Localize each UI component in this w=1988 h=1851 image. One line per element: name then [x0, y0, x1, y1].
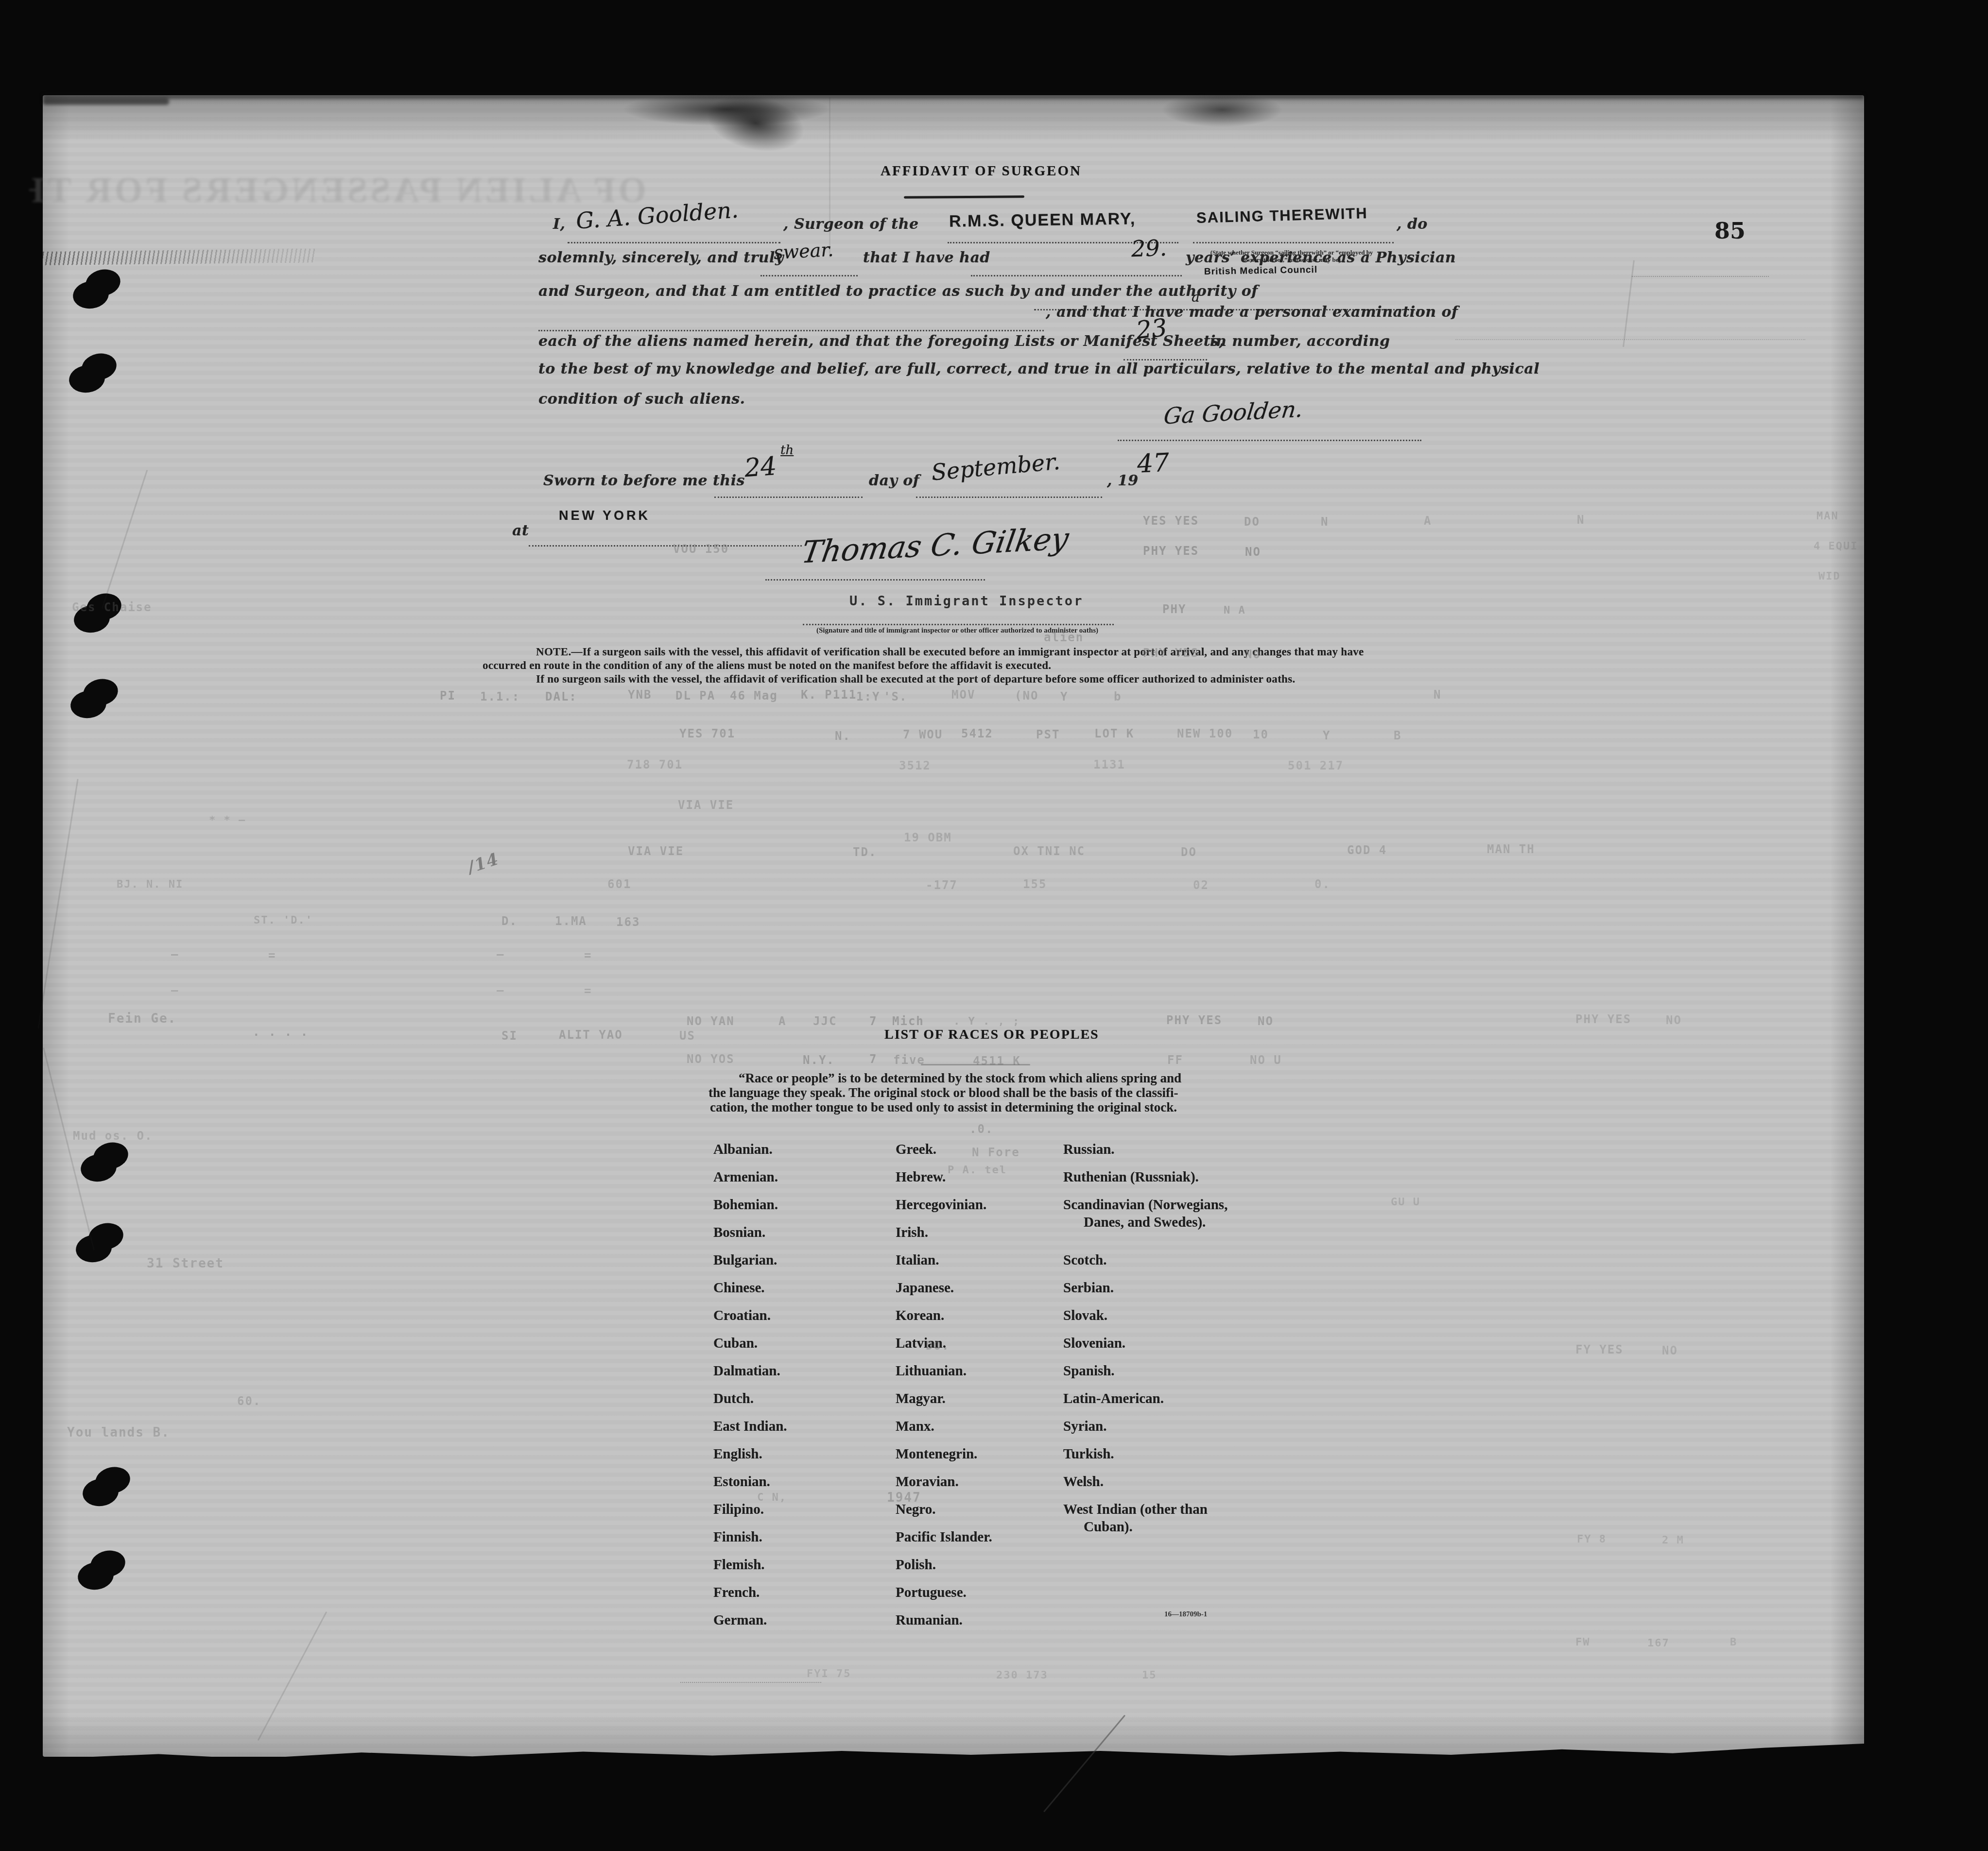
ghost-fragment: 1.MA	[555, 915, 587, 927]
insert-mark-handwritten: a	[1192, 291, 1200, 304]
ghost-fragment: ST. 'D.'	[254, 915, 313, 926]
ghost-fragment: –	[171, 984, 179, 996]
race-item: Montenegrin.	[896, 1445, 977, 1463]
ghost-fragment: VIA VIE	[628, 845, 684, 857]
ghost-fragment: You lands B.	[67, 1426, 170, 1439]
races-intro-line-1: “Race or people” is to be determined by …	[739, 1072, 1181, 1085]
race-item: Greek.	[896, 1141, 936, 1158]
ghost-fragment: 4 EQUI	[1814, 541, 1858, 552]
ghost-fragment: 230 173	[996, 1670, 1048, 1681]
ghost-fragment: * * –	[209, 815, 246, 826]
race-item: Korean.	[896, 1307, 944, 1324]
inspector-title-typed: U. S. Immigrant Inspector	[849, 595, 1083, 608]
race-item: Irish.	[896, 1224, 928, 1241]
faint-rule	[1632, 276, 1769, 277]
punch-hole	[83, 1467, 137, 1507]
ghost-fragment: K. P111	[801, 689, 857, 701]
race-item: Bosnian.	[713, 1224, 765, 1241]
race-item: Scandinavian (Norwegians,Danes, and Swed…	[1063, 1196, 1227, 1231]
ghost-fragment: N	[1434, 689, 1441, 701]
ghost-fragment: NO	[1666, 1014, 1682, 1026]
affidavit-line5-end: in number, according	[1210, 334, 1390, 349]
ghost-fragment: .0.	[969, 1123, 993, 1135]
ghost-fragment: NO	[1258, 1015, 1274, 1027]
ink-smudge	[1161, 92, 1283, 127]
authority-stamp: British Medical Council	[1204, 265, 1317, 276]
hatched-smudge	[43, 249, 315, 265]
race-item: Croatian.	[713, 1307, 771, 1324]
ghost-fragment: NEW 100	[1177, 728, 1233, 739]
ghost-fragment: MOV	[951, 689, 975, 701]
ghost-fragment: A	[778, 1015, 786, 1027]
race-item: Flemish.	[713, 1556, 765, 1574]
ghost-fragment: GOD 4	[1347, 844, 1387, 856]
affidavit-line6: to the best of my knowledge and belief, …	[538, 362, 1539, 377]
day-blank	[714, 497, 863, 498]
sailing-blank	[1193, 242, 1394, 243]
ghost-fragment: Mich	[892, 1015, 924, 1027]
punch-hole	[69, 354, 123, 394]
ghost-fragment: 155	[1023, 878, 1047, 890]
paper-top-edge	[43, 94, 1864, 99]
race-item: Russian.	[1063, 1141, 1115, 1158]
race-item: Syrian.	[1063, 1418, 1106, 1435]
ghost-fragment: JJC	[813, 1015, 837, 1027]
faint-rule	[680, 1682, 821, 1683]
ghost-fragment: D.	[501, 915, 518, 927]
ghost-fragment: YES 701	[679, 728, 735, 739]
race-item: Polish.	[896, 1556, 936, 1574]
ghost-fragment: 4511 K	[973, 1055, 1021, 1067]
affidavit-line2-pre: solemnly, sincerely, and truly	[538, 251, 784, 265]
day-handwritten: 24	[743, 454, 778, 481]
affidavit-line1-i: I,	[553, 217, 565, 232]
note-line-3: If no surgeon sails with the vessel, the…	[536, 673, 1296, 685]
ghost-fragment: PI	[440, 690, 456, 702]
jurat-at-label: at	[512, 524, 529, 538]
race-item: Spanish.	[1063, 1362, 1115, 1380]
race-item: Bohemian.	[713, 1196, 778, 1214]
race-item: Slovenian.	[1063, 1335, 1125, 1352]
vessel-name-stamp: R.M.S. QUEEN MARY,	[949, 210, 1136, 229]
ghost-fragment: 163	[616, 916, 640, 928]
race-item: Ruthenian (Russniak).	[1063, 1168, 1199, 1186]
line4-blank	[538, 330, 1044, 331]
race-item: Scotch.	[1063, 1251, 1106, 1269]
ghost-fragment: SI	[501, 1030, 518, 1042]
race-item: Pacific Islander.	[896, 1528, 992, 1546]
race-item: West Indian (other thanCuban).	[1063, 1501, 1208, 1536]
race-item: Bulgarian.	[713, 1251, 777, 1269]
ghost-fragment: 0.	[1314, 878, 1331, 890]
ghost-fragment: N A	[1224, 605, 1246, 616]
surgeon-signature: Ga Goolden.	[1162, 397, 1304, 427]
punch-hole	[70, 679, 125, 719]
affidavit-line7: condition of such aliens.	[538, 392, 745, 407]
ghost-fragment: 3512	[899, 760, 931, 771]
race-item: Cuban.	[713, 1335, 758, 1352]
ghost-fragment: 19 OBM	[904, 832, 952, 843]
ghost-fragment: 15	[1142, 1670, 1157, 1681]
swear-handwritten: swear.	[773, 240, 834, 262]
race-item: Hercegovinian.	[896, 1196, 986, 1214]
ghost-fragment: 601	[607, 878, 631, 890]
ghost-fragment: YES YES	[1143, 515, 1199, 527]
race-item: Manx.	[896, 1418, 934, 1435]
races-intro-line-3: cation, the mother tongue to be used onl…	[710, 1101, 1177, 1114]
race-item: Armenian.	[713, 1168, 778, 1186]
ghost-fragment: NO	[1245, 649, 1261, 660]
punch-hole	[73, 270, 127, 309]
ghost-fragment: DO.	[926, 1340, 950, 1352]
year-handwritten: 47	[1137, 450, 1170, 477]
ghost-fragment: Mud os. O.	[73, 1130, 153, 1142]
ghost-fragment: –	[497, 948, 504, 960]
ghost-fragment: 10	[1253, 729, 1269, 740]
ghost-fragment: NO YAN	[687, 1015, 735, 1027]
day-suffix-handwritten: th	[780, 444, 794, 457]
jurat-sworn-text: Sworn to before me this	[543, 474, 745, 488]
ghost-fragment: N.	[835, 730, 851, 742]
ghost-fragment: NO	[1662, 1345, 1678, 1356]
ghost-fragment: BJ. N. NI	[117, 879, 183, 890]
sheets-count-handwritten: 23	[1135, 315, 1169, 343]
ghost-fragment: OX TNI NC	[1013, 845, 1085, 857]
faint-rule	[1455, 339, 1805, 340]
ghost-fragment: N.Y.	[803, 1054, 835, 1066]
race-item: Serbian.	[1063, 1279, 1114, 1297]
ghost-fragment: N	[1321, 516, 1329, 528]
race-item: Rumanian.	[896, 1611, 963, 1629]
ghost-fragment: DAL:	[545, 691, 577, 703]
ghost-fragment: · · · ·	[253, 1029, 309, 1041]
ghost-fragment: =	[268, 950, 276, 961]
affidavit-title: AFFIDAVIT OF SURGEON	[881, 164, 1082, 178]
ghost-fragment: 1947	[887, 1491, 921, 1504]
ghost-fragment: Fein Ge.	[108, 1012, 176, 1025]
ghost-fragment: 02	[1193, 879, 1209, 891]
ghost-fragment: 1:Y	[856, 691, 880, 703]
ghost-fragment: US	[679, 1030, 695, 1042]
inspector-signature-blank	[765, 579, 985, 581]
ghost-fragment: PHY YES	[1575, 1013, 1631, 1025]
race-item: Moravian.	[896, 1473, 959, 1491]
ghost-fragment: –	[497, 984, 504, 996]
affidavit-line3: and Surgeon, and that I am entitled to p…	[538, 284, 1258, 299]
race-item: Slovak.	[1063, 1307, 1107, 1324]
ghost-fragment: . Y . , ;	[953, 1016, 1020, 1027]
ghost-fragment: TD.	[853, 846, 877, 858]
ghost-fragment: 31 Street	[147, 1257, 224, 1270]
race-item: Chinese.	[713, 1279, 765, 1297]
jurat-day-of: day of	[869, 474, 919, 488]
ghost-fragment: FW	[1575, 1637, 1590, 1648]
page-number: 85	[1714, 220, 1746, 242]
race-item: English.	[713, 1445, 762, 1463]
years-blank	[971, 275, 1182, 276]
ghost-fragment: PHY	[1162, 603, 1186, 615]
ghost-fragment: 7	[869, 1053, 877, 1065]
ghost-fragment: Y	[1060, 691, 1068, 703]
ghost-fragment: B	[1394, 730, 1401, 741]
affidavit-line1-do: , do	[1397, 217, 1428, 232]
race-item: Estonian.	[713, 1473, 770, 1491]
scanned-document-image: OF ALIEN PASSENGERS FOR THE UNITED 85 AF…	[0, 0, 1988, 1851]
race-item: French.	[713, 1584, 760, 1601]
place-stamp: NEW YORK	[559, 509, 650, 522]
ghost-fragment: 7	[869, 1015, 877, 1027]
ghost-fragment: b	[1114, 691, 1122, 703]
ghost-fragment: =	[584, 950, 592, 961]
years-handwritten: 29.	[1131, 237, 1167, 260]
affidavit-line5-pre: each of the aliens named herein, and tha…	[538, 334, 1224, 349]
ghost-fragment: FY YES	[1575, 1344, 1624, 1355]
ghost-fragment: 718 701	[627, 759, 683, 771]
ghost-fragment: 46 Mag	[730, 690, 778, 702]
ghost-fragment: LOT K	[1094, 728, 1134, 739]
ghost-fragment: PHY YES	[1143, 647, 1199, 659]
race-item: Portuguese.	[896, 1584, 967, 1601]
punch-hole	[76, 1223, 130, 1263]
ghost-fragment: DO	[1181, 846, 1197, 858]
race-item: German.	[713, 1611, 767, 1629]
ghost-fragment: GU U	[1391, 1197, 1420, 1208]
races-title: LIST OF RACES OR PEOPLES	[884, 1028, 1099, 1042]
month-blank	[916, 497, 1102, 498]
ghost-fragment: VOU 150	[673, 543, 729, 555]
place-blank	[529, 545, 802, 547]
affidavit-line4: , and that I have made a personal examin…	[1046, 305, 1458, 320]
ghost-fragment: N	[1577, 514, 1585, 526]
ghost-fragment: P A. tel	[948, 1165, 1007, 1176]
note-line-1: NOTE.—If a surgeon sails with the vessel…	[536, 646, 1364, 657]
ghost-fragment: 60.	[237, 1395, 261, 1407]
crease-line	[829, 97, 830, 257]
ghost-fragment: A	[1424, 515, 1432, 527]
ghost-fragment: MAN	[1816, 511, 1839, 522]
affidavit-line2-mid: that I have had	[863, 251, 990, 265]
ghost-fragment: five	[893, 1054, 925, 1066]
race-item: Dutch.	[713, 1390, 754, 1407]
ghost-fragment: MAN TH	[1487, 843, 1535, 855]
ghost-fragment: (NO	[1015, 690, 1038, 702]
ink-smudge	[43, 98, 169, 105]
race-item: Hebrew.	[896, 1168, 946, 1186]
ghost-fragment: NO	[1245, 546, 1261, 558]
race-item: Turkish.	[1063, 1445, 1114, 1463]
ghost-fragment: =	[584, 985, 592, 997]
ghost-fragment: 1131	[1093, 759, 1125, 771]
ghost-fragment: YNB	[628, 689, 652, 701]
ghost-fragment: –	[171, 948, 179, 960]
ghost-fragment: FY 8	[1577, 1534, 1607, 1545]
ghost-fragment: FF	[1167, 1054, 1183, 1066]
affidavit-line1-surgeon-of-the: , Surgeon of the	[783, 217, 919, 232]
ghost-fragment: 'S.	[883, 691, 907, 703]
ghost-fragment: 501 217	[1288, 760, 1344, 771]
ghost-fragment: FYI 75	[807, 1669, 851, 1680]
race-item: Albanian.	[713, 1141, 773, 1158]
ghost-fragment: VIA VIE	[678, 799, 734, 811]
ghost-fragment: -177	[926, 879, 958, 891]
swear-blank	[761, 275, 858, 276]
race-item: Magyar.	[896, 1390, 946, 1407]
race-item: East Indian.	[713, 1418, 787, 1435]
note-line-2: occurred en route in the condition of an…	[483, 660, 1051, 671]
races-intro-line-2: the language they speak. The original st…	[709, 1086, 1178, 1099]
ghost-fragment: Y	[1323, 730, 1331, 741]
ghost-fragment: PHY YES	[1143, 545, 1199, 557]
race-item: Finnish.	[713, 1528, 762, 1546]
form-number: 16—18709b-1	[1164, 1611, 1207, 1618]
ghost-fragment: ALIT YAO	[559, 1029, 623, 1041]
ghost-fragment: B	[1730, 1637, 1737, 1648]
ghost-fragment: alien	[1044, 632, 1084, 643]
ghost-fragment: Ges Chaise	[72, 601, 152, 613]
ghost-fragment: N Fore	[972, 1147, 1020, 1158]
race-item: Latin-American.	[1063, 1390, 1164, 1407]
inspector-title-blank	[803, 624, 1114, 625]
jurat-year-printed: , 19	[1107, 474, 1139, 488]
ghost-fragment: NO YOS	[687, 1053, 735, 1065]
ghost-fragment: WID	[1818, 571, 1841, 582]
race-item: Filipino.	[713, 1501, 764, 1518]
ghost-fragment: C N,	[757, 1492, 787, 1503]
punch-hole	[78, 1551, 132, 1591]
ghost-fragment: PST	[1036, 729, 1060, 740]
ghost-fragment: 2 M	[1662, 1535, 1684, 1546]
race-item: Japanese.	[896, 1279, 954, 1297]
race-item: Welsh.	[1063, 1473, 1104, 1491]
ghost-fragment: DO	[1244, 516, 1260, 528]
ghost-fragment: PHY YES	[1166, 1014, 1222, 1026]
punch-hole	[81, 1143, 135, 1183]
ghost-fragment: 7 WOU	[903, 729, 943, 740]
ghost-fragment: 167	[1647, 1638, 1670, 1649]
race-item: Dalmatian.	[713, 1362, 780, 1380]
ghost-fragment: DL PA	[675, 690, 715, 702]
name-blank	[568, 242, 780, 243]
surgeon-signature-blank	[1118, 440, 1421, 441]
affidavit-line2-end: years’ experience as a Physician	[1186, 251, 1456, 265]
race-item: Italian.	[896, 1251, 939, 1269]
race-item: Lithuanian.	[896, 1362, 967, 1380]
ghost-fragment: NO U	[1250, 1054, 1282, 1066]
ghost-fragment: 1.1.:	[480, 691, 520, 703]
ghost-fragment: 5412	[961, 728, 993, 739]
